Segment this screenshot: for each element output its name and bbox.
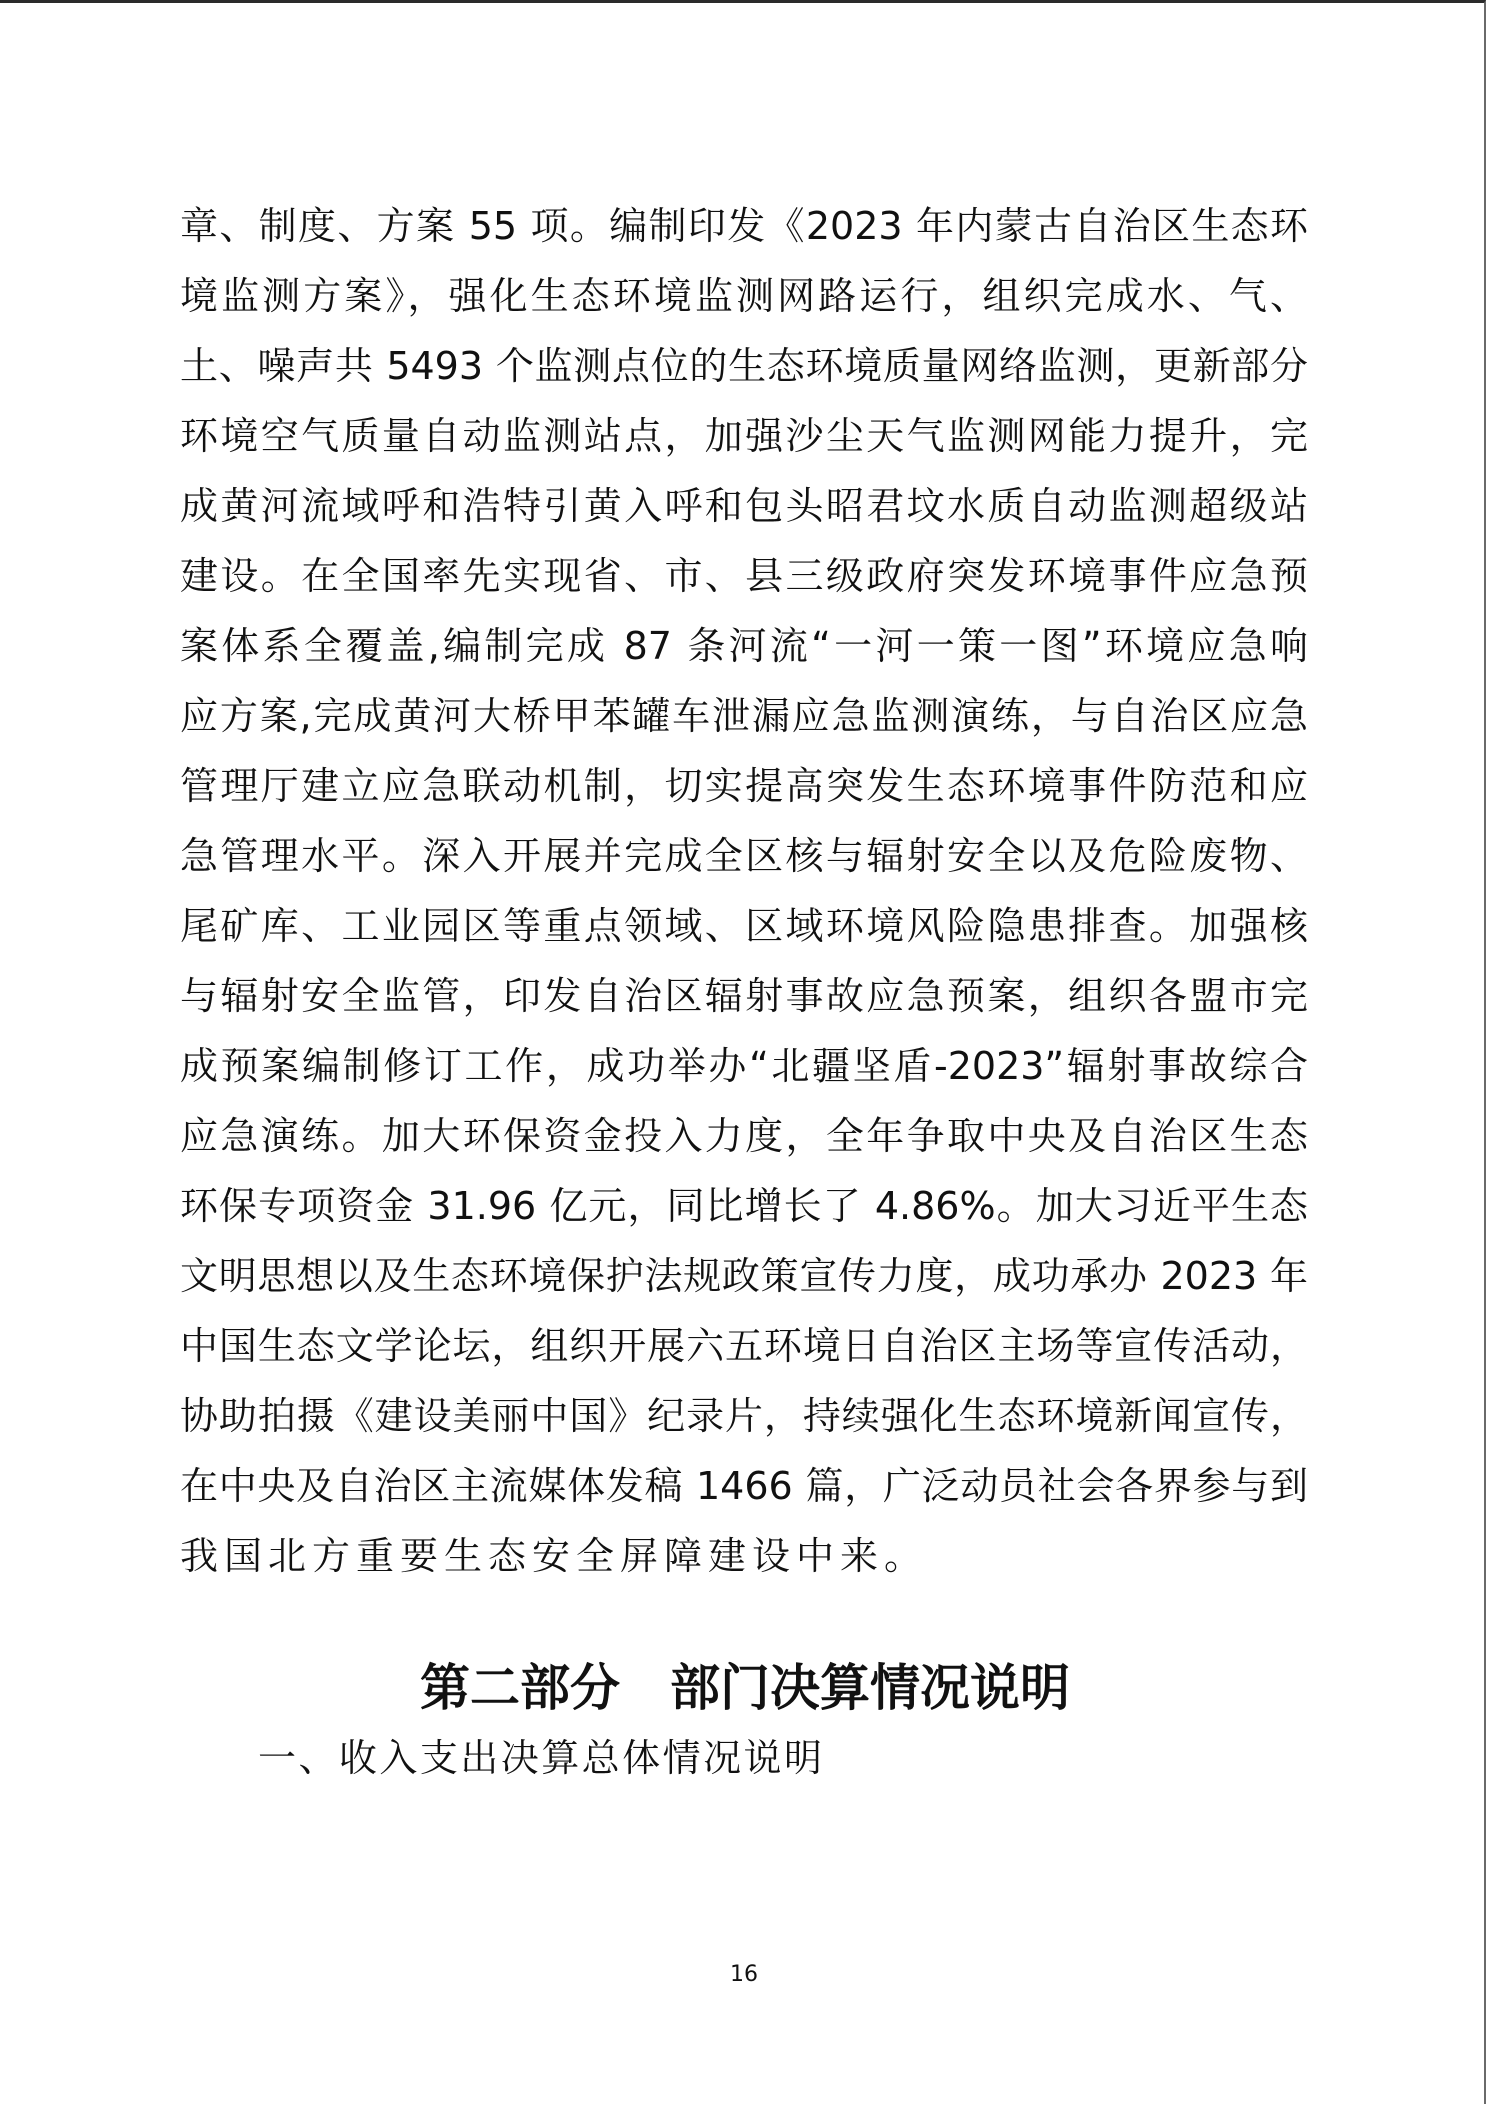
body-paragraph: 章、制度、方案 55 项。编制印发《2023 年内蒙古自治区生态环 境监测方案》… — [180, 199, 1308, 1599]
body-line: 成预案编制修订工作，成功举办“北疆坚盾-2023”辐射事故综合 — [180, 1039, 1308, 1109]
body-line: 在中央及自治区主流媒体发稿 1466 篇，广泛动员社会各界参与到 — [180, 1459, 1308, 1529]
body-line: 环保专项资金 31.96 亿元，同比增长了 4.86%。加大习近平生态 — [180, 1179, 1308, 1249]
body-line: 尾矿库、工业园区等重点领域、区域环境风险隐患排查。加强核 — [180, 899, 1308, 969]
body-line: 境监测方案》，强化生态环境监测网路运行，组织完成水、气、 — [180, 269, 1308, 339]
subsection-heading: 一、收入支出决算总体情况说明 — [258, 1731, 822, 1785]
body-line: 案体系全覆盖,编制完成 87 条河流“一河一策一图”环境应急响 — [180, 619, 1308, 689]
body-line: 土、噪声共 5493 个监测点位的生态环境质量网络监测，更新部分 — [180, 339, 1308, 409]
body-line: 环境空气质量自动监测站点，加强沙尘天气监测网能力提升，完 — [180, 409, 1308, 479]
body-line: 急管理水平。深入开展并完成全区核与辐射安全以及危险废物、 — [180, 829, 1308, 899]
body-line: 与辐射安全监管，印发自治区辐射事故应急预案，组织各盟市完 — [180, 969, 1308, 1039]
body-line: 章、制度、方案 55 项。编制印发《2023 年内蒙古自治区生态环 — [180, 199, 1308, 269]
document-page: 章、制度、方案 55 项。编制印发《2023 年内蒙古自治区生态环 境监测方案》… — [0, 0, 1486, 2104]
body-line: 文明思想以及生态环境保护法规政策宣传力度，成功承办 2023 年 — [180, 1249, 1308, 1319]
body-line: 我国北方重要生态安全屏障建设中来。 — [180, 1529, 1308, 1599]
body-line: 建设。在全国率先实现省、市、县三级政府突发环境事件应急预 — [180, 549, 1308, 619]
body-line: 应急演练。加大环保资金投入力度，全年争取中央及自治区生态 — [180, 1109, 1308, 1179]
section-heading: 第二部分 部门决算情况说明 — [420, 1653, 1062, 1723]
body-line: 成黄河流域呼和浩特引黄入呼和包头昭君坟水质自动监测超级站 — [180, 479, 1308, 549]
body-line: 中国生态文学论坛，组织开展六五环境日自治区主场等宣传活动， — [180, 1319, 1308, 1389]
body-line: 应方案,完成黄河大桥甲苯罐车泄漏应急监测演练，与自治区应急 — [180, 689, 1308, 759]
body-line: 管理厅建立应急联动机制，切实提高突发生态环境事件防范和应 — [180, 759, 1308, 829]
page-number: 16 — [0, 1960, 1488, 1990]
body-line: 协助拍摄《建设美丽中国》纪录片，持续强化生态环境新闻宣传， — [180, 1389, 1308, 1459]
